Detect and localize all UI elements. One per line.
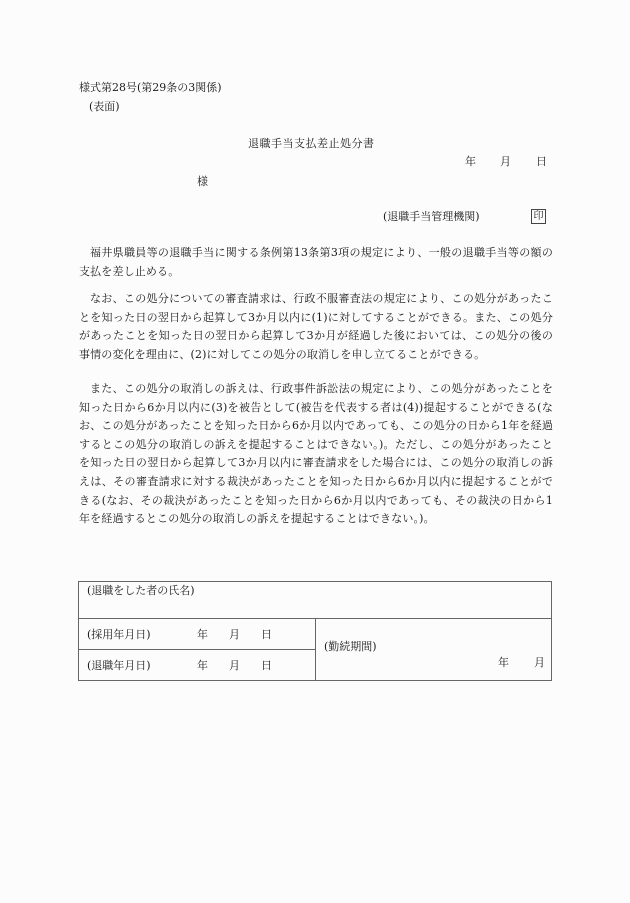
hire-date-year: 年 <box>197 629 229 640</box>
date-day: 日 <box>536 156 547 167</box>
hire-date-cell[interactable]: (採用年月日)年月日 <box>79 619 316 650</box>
retire-date-year: 年 <box>197 660 229 671</box>
service-period-label: (勤続期間) <box>324 641 377 652</box>
retire-date-cell[interactable]: (退職年月日)年月日 <box>79 650 316 681</box>
retiree-name-cell[interactable]: (退職をした者の氏名) <box>79 582 552 619</box>
retire-date-day: 日 <box>261 660 272 671</box>
side-label: (表面) <box>89 101 120 112</box>
retire-date-month: 月 <box>229 660 261 671</box>
retiree-info-table: (退職をした者の氏名) (採用年月日)年月日 (勤続期間) 年 月 (退職年月日… <box>78 581 552 681</box>
hire-date-label: (採用年月日) <box>87 629 197 640</box>
service-period-cell[interactable]: (勤続期間) 年 月 <box>316 619 552 681</box>
retiree-name-label: (退職をした者の氏名) <box>87 584 195 597</box>
paragraph-suspension: 福井県職員等の退職手当に関する条例第13条第3項の規定により、一般の退職手当等の… <box>79 244 553 281</box>
date-month: 月 <box>500 156 511 167</box>
paragraph-appeal: なお、この処分についての審査請求は、行政不服審査法の規定により、この処分があった… <box>79 290 553 364</box>
form-number: 様式第28号(第29条の3関係) <box>79 82 222 93</box>
service-period-year: 年 <box>498 657 509 668</box>
hire-date-month: 月 <box>229 629 261 640</box>
seal-mark: 印 <box>531 209 546 224</box>
document-title: 退職手当支払差止処分書 <box>248 138 375 149</box>
date-year: 年 <box>465 156 476 167</box>
retire-date-label: (退職年月日) <box>87 660 197 671</box>
issuer-label: (退職手当管理機関) <box>383 211 480 222</box>
paragraph-lawsuit: また、この処分の取消しの訴えは、行政事件訴訟法の規定により、この処分があったこと… <box>79 380 553 529</box>
service-period-month: 月 <box>534 657 545 668</box>
addressee-suffix: 様 <box>197 176 208 187</box>
hire-date-day: 日 <box>261 629 272 640</box>
